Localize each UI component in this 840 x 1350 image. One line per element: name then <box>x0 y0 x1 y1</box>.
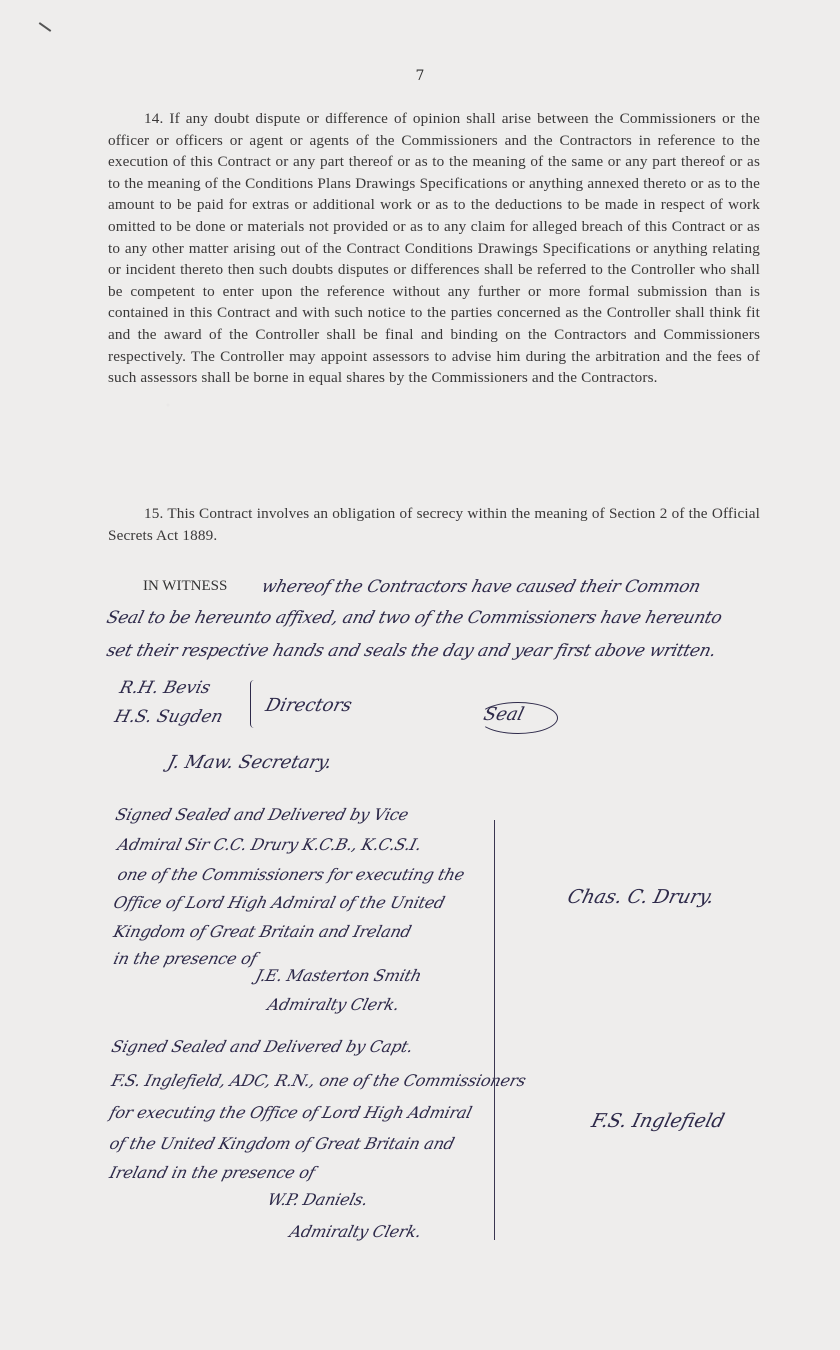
clause-text: This Contract involves an obligation of … <box>108 505 760 544</box>
in-witness-label: IN WITNESS <box>143 578 227 595</box>
bracket-line <box>494 820 495 1240</box>
director-signature: H.S. Sugden <box>113 707 225 727</box>
attestation-line: in the presence of <box>112 949 259 968</box>
witness-title: Admiralty Clerk. <box>288 1222 424 1241</box>
attestation-line: Kingdom of Great Britain and Ireland <box>112 922 414 941</box>
document-page: 7 14. If any doubt dispute or difference… <box>0 0 840 1350</box>
commissioner-signature-drury: Chas. C. Drury. <box>565 886 716 908</box>
attestation-line: Office of Lord High Admiral of the Unite… <box>112 893 447 912</box>
seal-label: Seal <box>481 704 526 725</box>
witness-title: Admiralty Clerk. <box>266 995 402 1014</box>
witness-clause-line: Seal to be hereunto affixed, and two of … <box>105 608 724 628</box>
clause-number: 14. <box>144 110 163 127</box>
witness-clause-line: whereof the Contractors have caused thei… <box>260 577 703 597</box>
clause-14: 14. If any doubt dispute or difference o… <box>108 108 760 389</box>
attestation-line: of the United Kingdom of Great Britain a… <box>108 1134 457 1153</box>
attestation-line: F.S. Inglefield, ADC, R.N., one of the C… <box>110 1071 528 1090</box>
attestation-line: Ireland in the presence of <box>108 1163 317 1182</box>
clause-text: If any doubt dispute or difference of op… <box>108 110 760 386</box>
witness-clause-line: set their respective hands and seals the… <box>105 641 719 661</box>
directors-label: Directors <box>263 695 354 716</box>
clause-number: 15. <box>144 505 163 522</box>
attestation-line: one of the Commissioners for executing t… <box>116 865 467 884</box>
witness-name: W.P. Daniels. <box>266 1190 370 1209</box>
witness-name: J.E. Masterton Smith <box>254 966 424 985</box>
commissioner-signature-inglefield: F.S. Inglefield <box>589 1110 727 1132</box>
page-number: 7 <box>0 68 840 84</box>
clause-15: 15. This Contract involves an obligation… <box>108 503 760 546</box>
secretary-signature: J. Maw. Secretary. <box>165 752 334 773</box>
attestation-line: Admiral Sir C.C. Drury K.C.B., K.C.S.I. <box>116 835 424 854</box>
brace-mark <box>250 680 261 728</box>
attestation-line: Signed Sealed and Delivered by Capt. <box>110 1037 415 1056</box>
director-signature: R.H. Bevis <box>118 678 213 698</box>
attestation-line: for executing the Office of Lord High Ad… <box>108 1103 474 1122</box>
attestation-line: Signed Sealed and Delivered by Vice <box>114 805 411 824</box>
scan-mark <box>39 22 52 32</box>
